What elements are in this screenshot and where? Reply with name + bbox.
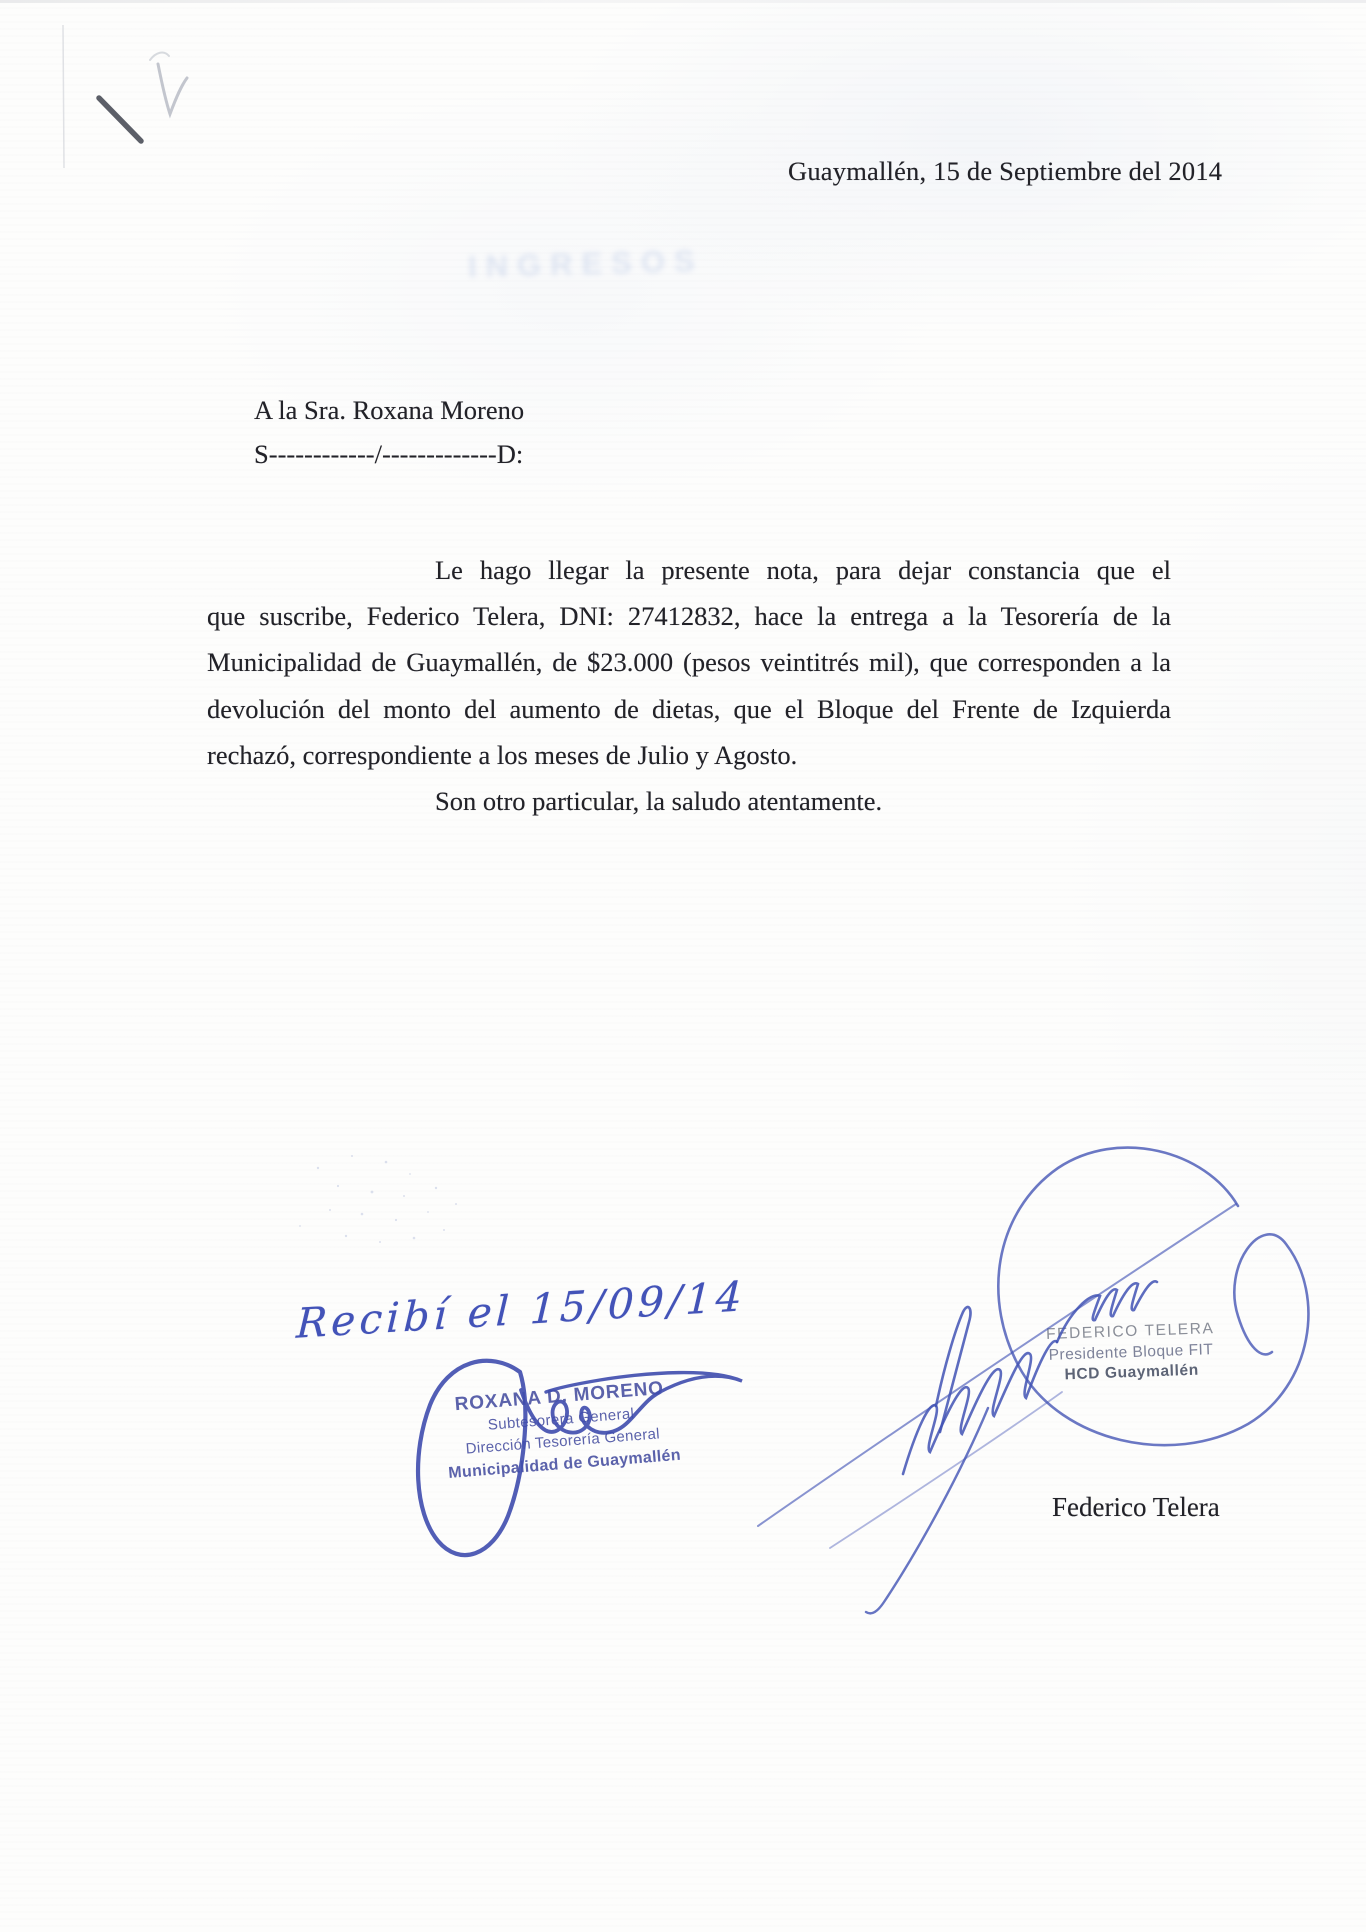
recipient-name: A la Sra. Roxana Moreno (254, 388, 524, 432)
scanned-letter-page: INGRESOS Guaymallén, 15 de Septiembre de… (0, 0, 1366, 1932)
letter-date-line: Guaymallén, 15 de Septiembre del 2014 (788, 156, 1222, 187)
body-line: rechazó, correspondiente a los meses de … (207, 732, 1171, 778)
letter-body: Le hago llegar la presente nota, para de… (207, 547, 1171, 824)
bleed-through-speckles (299, 1155, 457, 1243)
ink-overlay (0, 0, 1366, 1932)
body-line: devolución del monto del aumento de diet… (207, 686, 1171, 732)
recipient-salutation-formula: S------------/-------------D: (254, 432, 524, 476)
letter-recipient-block: A la Sra. Roxana Moreno S------------/--… (254, 388, 524, 476)
typed-signature-name: Federico Telera (1052, 1492, 1220, 1523)
sender-stamp: FEDERICO TELERA Presidente Bloque FIT HC… (1023, 1318, 1239, 1387)
body-line: Le hago llegar la presente nota, para de… (207, 547, 1171, 593)
body-line: Municipalidad de Guaymallén, de $23.000 … (207, 639, 1171, 685)
scan-crease-line (63, 25, 64, 168)
body-line: que suscribe, Federico Telera, DNI: 2741… (207, 593, 1171, 639)
pen-checkmark (99, 53, 187, 141)
receiver-stamp: ROXANA D. MORENO Subtesorera General Dir… (425, 1376, 699, 1487)
scan-edge (0, 0, 1366, 3)
bleed-through-ghost-text: INGRESOS (468, 243, 705, 285)
handwritten-received-note: Recibí el 15/09/14 (295, 1272, 746, 1348)
body-closing-line: Son otro particular, la saludo atentamen… (207, 778, 1171, 824)
